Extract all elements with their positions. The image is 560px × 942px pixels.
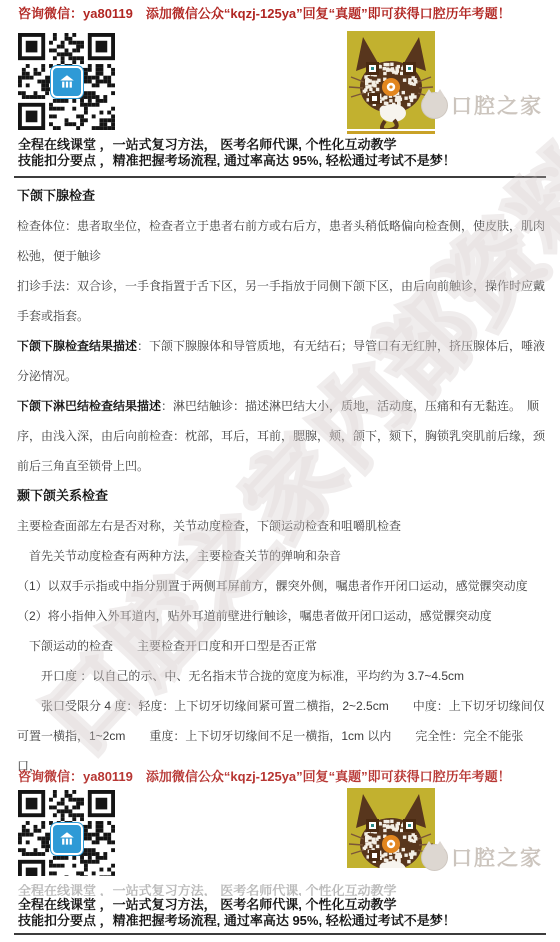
paragraph: 首先关节动度检查有两种方法，主要检查关节的弹响和杂音 <box>17 541 546 571</box>
brand-name: 口腔之家 <box>451 842 543 872</box>
paragraph: 开口度 ：以自己的示、中、无名指末节合拢的宽度为标准，平均约为 3.7~4.5c… <box>17 661 546 691</box>
section-heading-2: 颞下颌关系检查 <box>17 481 546 511</box>
pavilion-icon <box>58 830 76 848</box>
slogan-line-1: 全程在线课堂 ，一站式复习方法， 医考名师代课, 个性化互动教学 <box>18 137 548 153</box>
article-content: 下颌下腺检查 检查体位：患者取坐位，检查者立于患者右前方或右后方，患者头稍低略偏… <box>17 181 546 781</box>
slogan-line-1: 全程在线课堂 ，一站式复习方法， 医考名师代课, 个性化互动教学 <box>18 897 548 913</box>
paragraph: （1）以双手示指或中指分别置于两侧耳屏前方，髁突外侧，嘱患者作开闭口运动，感觉髁… <box>17 571 546 601</box>
contact-line-top: 咨询微信：ya80119 添加微信公众“kqzj-125ya”回复“真题”即可获… <box>18 6 548 22</box>
brand-watermark-top: 口腔之家 <box>421 90 543 120</box>
wechat-qr-code-bottom <box>18 790 115 876</box>
paragraph: 下颌下腺检查结果描述：下颌下腺腺体和导管质地，有无结石；导管口有无红肿，挤压腺体… <box>17 331 546 391</box>
contact-line-bottom: 咨询微信：ya80119 添加微信公众“kqzj-125ya”回复“真题”即可获… <box>18 769 548 785</box>
gold-divider <box>347 131 435 134</box>
cat-logo-icon <box>421 844 448 871</box>
brand-name: 口腔之家 <box>451 90 543 120</box>
slogan-bottom: 全程在线课堂 ，一站式复习方法， 医考名师代课, 个性化互动教学 技能扣分要点 … <box>18 897 548 929</box>
paragraph: 张口受限分 4 度：轻度：上下切牙切缘间紧可置二横指，2~2.5cm 中度：上下… <box>17 691 546 781</box>
divider-bottom <box>14 933 546 935</box>
document-page: 口腔之家内部资料 咨询微信：ya80119 添加微信公众“kqzj-125ya”… <box>0 0 560 942</box>
qr-logo-icon <box>51 66 83 98</box>
pavilion-icon <box>58 73 76 91</box>
slogan-line-2: 技能扣分要点 ，精准把握考场流程, 通过率高达 95%, 轻松通过考试不是梦！ <box>18 913 548 929</box>
slogan-top: 全程在线课堂 ，一站式复习方法， 医考名师代课, 个性化互动教学 技能扣分要点 … <box>18 137 548 169</box>
wechat-qr-code-top <box>18 33 115 130</box>
paragraph: 下颌下淋巴结检查结果描述：淋巴结触诊：描述淋巴结大小，质地，活动度，压痛和有无黏… <box>17 391 546 481</box>
paragraph: 主要检查面部左右是否对称，关节动度检查，下颌运动检查和咀嚼肌检查 <box>17 511 546 541</box>
brand-watermark-bottom: 口腔之家 <box>421 842 543 872</box>
paragraph: 扪诊手法：双合诊，一手食指置于舌下区，另一手指放于同侧下颌下区，由后向前触诊，操… <box>17 271 546 331</box>
qr-logo-icon <box>51 823 83 855</box>
ghost-slogan-artifact: 全程在线课堂 ，一站式复习方法， 医考名师代课, 个性化互动教学 <box>18 884 545 896</box>
slogan-line-2: 技能扣分要点 ，精准把握考场流程, 通过率高达 95%, 轻松通过考试不是梦！ <box>18 153 548 169</box>
divider-top <box>14 176 546 178</box>
paragraph: 检查体位：患者取坐位，检查者立于患者右前方或右后方，患者头稍低略偏向检查侧，使皮… <box>17 211 546 271</box>
cat-logo-icon <box>421 92 448 119</box>
paragraph: 下颌运动的检查 主要检查开口度和开口型是否正常 <box>17 631 546 661</box>
paragraph: （2）将小指伸入外耳道内，贴外耳道前壁进行触诊，嘱患者做开闭口运动，感觉髁突动度 <box>17 601 546 631</box>
section-heading-1: 下颌下腺检查 <box>17 181 546 211</box>
